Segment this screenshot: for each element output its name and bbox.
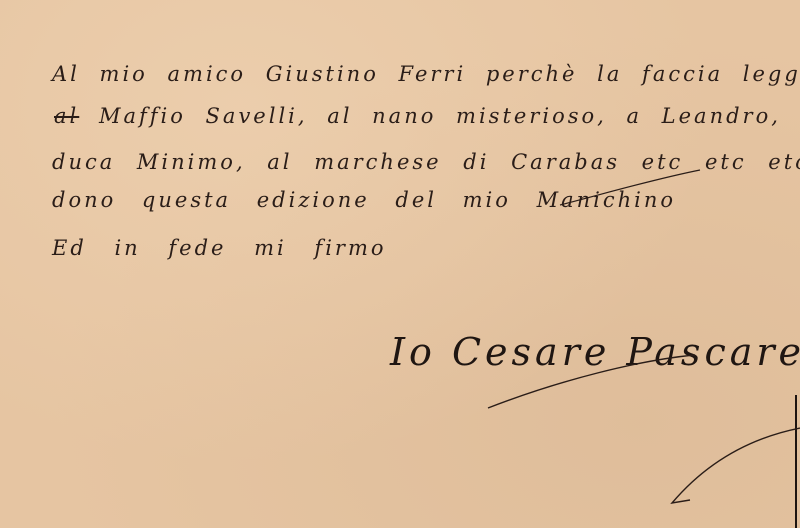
signature-flourish (0, 0, 800, 528)
